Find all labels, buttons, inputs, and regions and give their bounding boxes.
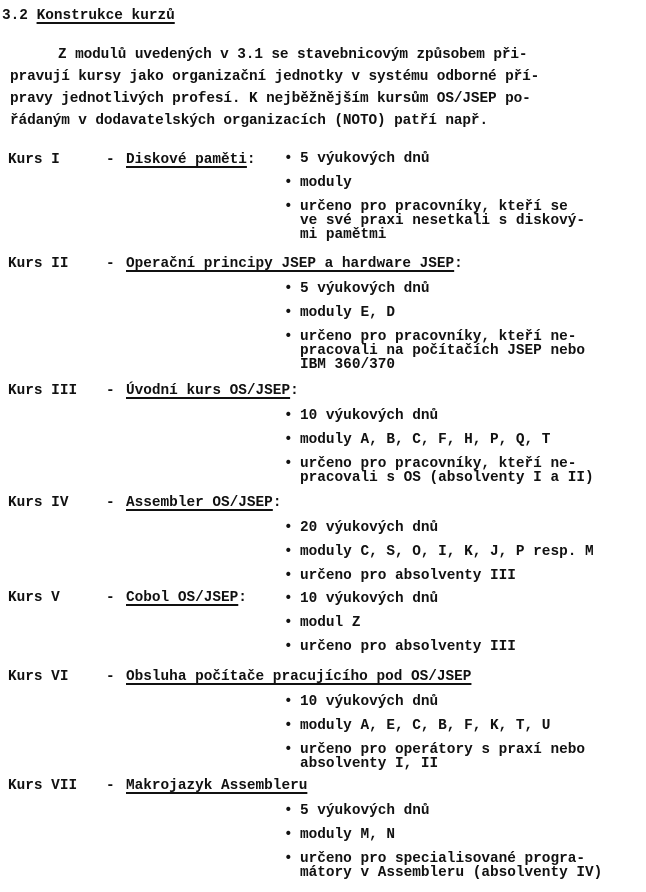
course-dash: - [106,256,115,272]
bullet-group: •moduly M, N [284,828,644,849]
course-heading: Kurs IV-Assembler OS/JSEP: [8,495,638,517]
bullet-dot-icon: • [284,804,293,818]
intro-paragraph: Z modulů uvedených v 3.1 se stavebnicový… [10,47,630,135]
bullet-dot-icon: • [284,719,293,733]
bullet-item: •určeno pro pracovníky, kteří se ve své … [284,200,644,242]
bullet-text: určeno pro absolventy III [300,639,516,655]
course-label: Kurs VII [8,778,77,794]
bullet-dot-icon: • [284,640,293,654]
course-name-text: Assembler OS/JSEP [126,495,273,511]
course-name-text: Diskové paměti [126,152,247,168]
course-name: Diskové paměti: [126,152,256,168]
bullet-dot-icon: • [284,152,293,166]
bullet-text: určeno pro pracovníky, kteří se ve své p… [300,199,585,243]
bullet-dot-icon: • [284,828,293,842]
course-dash: - [106,669,115,685]
course-dash: - [106,383,115,399]
course-4: Kurs IV-Assembler OS/JSEP:•20 výukových … [8,495,638,517]
course-name-suffix: : [454,256,463,272]
bullet-group: •moduly E, D [284,306,644,327]
bullet-text: moduly A, B, C, F, H, P, Q, T [300,432,550,448]
bullet-group: •určeno pro absolventy III [284,569,644,590]
bullet-text: moduly M, N [300,827,395,843]
bullet-group: •moduly C, S, O, I, K, J, P resp. M [284,545,644,566]
course-name-suffix: : [238,590,247,606]
section-number: 3.2 [2,8,28,24]
bullet-dot-icon: • [284,592,293,606]
course-heading: Kurs II-Operační principy JSEP a hardwar… [8,256,638,278]
course-1: Kurs I-Diskové paměti:•5 výukových dnů•m… [8,152,638,174]
course-7: Kurs VII-Makrojazyk Assembleru•5 výukový… [8,778,638,800]
bullet-item: •5 výukových dnů [284,152,644,166]
course-name: Obsluha počítače pracujícího pod OS/JSEP [126,669,471,685]
bullet-item: •moduly [284,176,644,190]
course-heading: Kurs VI-Obsluha počítače pracujícího pod… [8,669,638,691]
bullet-item: •určeno pro absolventy III [284,640,644,654]
course-name-text: Cobol OS/JSEP [126,590,238,606]
bullet-group: •určeno pro absolventy III [284,640,644,661]
course-dash: - [106,152,115,168]
bullet-dot-icon: • [284,521,293,535]
course-name: Úvodní kurs OS/JSEP: [126,383,299,399]
course-heading: Kurs VII-Makrojazyk Assembleru [8,778,638,800]
course-name: Cobol OS/JSEP: [126,590,247,606]
bullet-item: •moduly C, S, O, I, K, J, P resp. M [284,545,644,559]
bullet-group: •10 výukových dnů [284,695,644,716]
bullet-text: určeno pro pracovníky, kteří ne- pracova… [300,456,594,486]
bullet-item: •určeno pro absolventy III [284,569,644,583]
course-label: Kurs V [8,590,60,606]
intro-line: pravy jednotlivých profesí. K nejběžnějš… [10,91,630,113]
bullet-dot-icon: • [284,545,293,559]
course-dash: - [106,778,115,794]
bullet-group: •moduly A, B, C, F, H, P, Q, T [284,433,644,454]
course-label: Kurs IV [8,495,68,511]
bullet-dot-icon: • [284,616,293,630]
bullet-dot-icon: • [284,457,293,471]
course-6: Kurs VI-Obsluha počítače pracujícího pod… [8,669,638,691]
bullet-dot-icon: • [284,330,293,344]
typewritten-page: 3.2 Konstrukce kurzů Z modulů uvedených … [0,0,646,892]
bullet-dot-icon: • [284,743,293,757]
bullet-item: •určeno pro operátory s praxí nebo absol… [284,743,644,771]
bullet-group: •10 výukových dnů [284,592,644,613]
bullet-text: 20 výukových dnů [300,520,438,536]
course-name-text: Makrojazyk Assembleru [126,778,307,794]
bullet-dot-icon: • [284,282,293,296]
section-title: Konstrukce kurzů [37,8,175,24]
bullet-group: •určeno pro specialisované progra- mátor… [284,852,644,887]
bullet-dot-icon: • [284,409,293,423]
bullet-item: •určeno pro pracovníky, kteří ne- pracov… [284,457,644,485]
bullet-text: určeno pro specialisované progra- mátory… [300,851,602,881]
bullet-dot-icon: • [284,695,293,709]
bullet-group: •určeno pro pracovníky, kteří ne- pracov… [284,330,644,379]
course-label: Kurs III [8,383,77,399]
bullet-text: určeno pro pracovníky, kteří ne- pracova… [300,329,585,373]
course-name-text: Operační principy JSEP a hardware JSEP [126,256,454,272]
course-dash: - [106,495,115,511]
course-dash: - [106,590,115,606]
bullet-dot-icon: • [284,569,293,583]
bullet-dot-icon: • [284,433,293,447]
bullet-dot-icon: • [284,306,293,320]
bullet-text: 5 výukových dnů [300,281,430,297]
bullet-dot-icon: • [284,200,293,214]
bullet-item: •moduly A, B, C, F, H, P, Q, T [284,433,644,447]
bullet-text: moduly A, E, C, B, F, K, T, U [300,718,550,734]
course-name-text: Úvodní kurs OS/JSEP [126,383,290,399]
course-label: Kurs I [8,152,60,168]
bullet-group: •5 výukových dnů [284,282,644,303]
bullet-group: •určeno pro pracovníky, kteří ne- pracov… [284,457,644,492]
bullet-item: •5 výukových dnů [284,804,644,818]
bullet-text: 10 výukových dnů [300,591,438,607]
course-5: Kurs V-Cobol OS/JSEP:•10 výukových dnů•m… [8,590,638,612]
bullet-text: moduly E, D [300,305,395,321]
bullet-text: 10 výukových dnů [300,694,438,710]
bullet-text: moduly C, S, O, I, K, J, P resp. M [300,544,594,560]
bullet-text: moduly [300,175,352,191]
bullet-dot-icon: • [284,852,293,866]
intro-line: Z modulů uvedených v 3.1 se stavebnicový… [10,47,630,69]
course-name-suffix: : [273,495,282,511]
bullet-group: •20 výukových dnů [284,521,644,542]
course-label: Kurs VI [8,669,68,685]
course-name-suffix: : [247,152,256,168]
bullet-text: 5 výukových dnů [300,803,430,819]
bullet-text: 10 výukových dnů [300,408,438,424]
course-label: Kurs II [8,256,68,272]
bullet-item: •10 výukových dnů [284,592,644,606]
bullet-group: •5 výukových dnů [284,152,644,173]
bullet-group: •určeno pro pracovníky, kteří se ve své … [284,200,644,249]
bullet-group: •modul Z [284,616,644,637]
bullet-group: •moduly A, E, C, B, F, K, T, U [284,719,644,740]
course-name: Assembler OS/JSEP: [126,495,281,511]
bullet-item: •20 výukových dnů [284,521,644,535]
bullet-group: •určeno pro operátory s praxí nebo absol… [284,743,644,778]
bullet-text: modul Z [300,615,360,631]
bullet-item: •modul Z [284,616,644,630]
bullet-item: •moduly A, E, C, B, F, K, T, U [284,719,644,733]
bullet-item: •moduly M, N [284,828,644,842]
bullet-item: •moduly E, D [284,306,644,320]
course-heading: Kurs III-Úvodní kurs OS/JSEP: [8,383,638,405]
bullet-text: určeno pro absolventy III [300,568,516,584]
course-name-text: Obsluha počítače pracujícího pod OS/JSEP [126,669,471,685]
bullet-item: •určeno pro specialisované progra- mátor… [284,852,644,880]
bullet-group: •moduly [284,176,644,197]
bullet-dot-icon: • [284,176,293,190]
intro-line: pravují kursy jako organizační jednotky … [10,69,630,91]
bullet-item: •10 výukových dnů [284,409,644,423]
section-heading: 3.2 Konstrukce kurzů [2,8,175,24]
course-2: Kurs II-Operační principy JSEP a hardwar… [8,256,638,278]
bullet-group: •10 výukových dnů [284,409,644,430]
bullet-text: určeno pro operátory s praxí nebo absolv… [300,742,585,772]
bullet-item: •určeno pro pracovníky, kteří ne- pracov… [284,330,644,372]
bullet-group: •5 výukových dnů [284,804,644,825]
bullet-item: •10 výukových dnů [284,695,644,709]
intro-line: řádaným v dodavatelských organizacích (N… [10,113,630,135]
course-name-suffix: : [290,383,299,399]
course-name: Makrojazyk Assembleru [126,778,307,794]
bullet-item: •5 výukových dnů [284,282,644,296]
course-3: Kurs III-Úvodní kurs OS/JSEP:•10 výukový… [8,383,638,405]
course-name: Operační principy JSEP a hardware JSEP: [126,256,463,272]
bullet-text: 5 výukových dnů [300,151,430,167]
